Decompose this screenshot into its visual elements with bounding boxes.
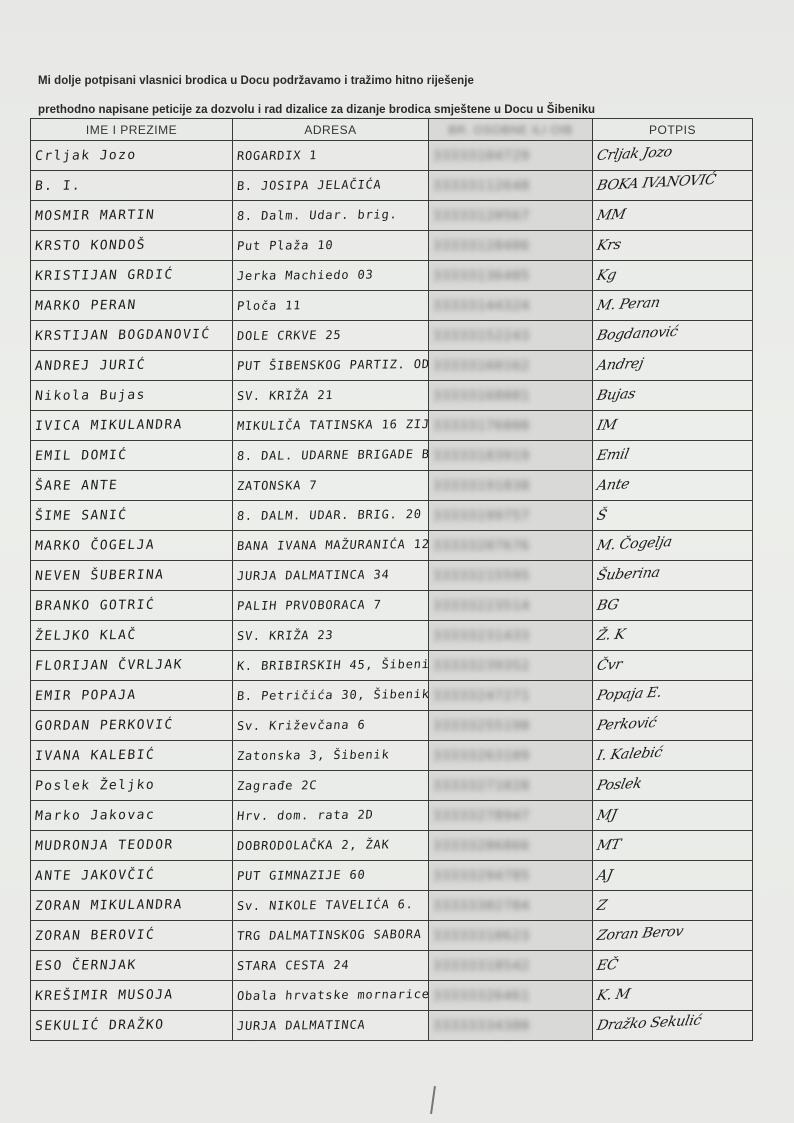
name-text: EMIR POPAJA — [34, 687, 137, 703]
name-cell: IVICA MIKULANDRA — [31, 411, 233, 441]
id-cell: 33333183919 — [429, 441, 593, 471]
name-text: ZORAN MIKULANDRA — [34, 897, 183, 914]
address-text: SV. KRIŽA 23 — [236, 627, 334, 642]
address-text: TRG DALMATINSKOG SABORA 9B KAPRIJE — [236, 926, 428, 943]
signature-cell: Š — [593, 501, 753, 531]
address-cell: B. JOSIPA JELAČIĆA — [233, 171, 429, 201]
table-row: ZORAN MIKULANDRASv. NIKOLE TAVELIĆA 6.33… — [31, 891, 753, 921]
id-text: 33333286866 — [433, 839, 530, 854]
table-row: KREŠIMIR MUSOJAObala hrvatske mornarice3… — [31, 981, 753, 1011]
name-text: IVICA MIKULANDRA — [34, 417, 183, 434]
name-cell: FLORIJAN ČVRLJAK — [31, 651, 233, 681]
address-text: JURJA DALMATINCA — [236, 1017, 366, 1032]
signature-cell: Zoran Berov — [593, 921, 753, 951]
signature-cell: Ž. K — [593, 621, 753, 651]
signature-cell: Poslek — [593, 771, 753, 801]
name-cell: Poslek Željko — [31, 771, 233, 801]
signature-cell: BG — [593, 591, 753, 621]
id-text: 33333263109 — [433, 749, 530, 764]
name-text: ANTE JAKOVČIĆ — [34, 867, 155, 883]
address-text: Jerka Machiedo 03 — [236, 267, 374, 282]
id-cell: 33333302704 — [429, 891, 593, 921]
signature-text: Š — [595, 507, 608, 523]
signature-text: IM — [595, 417, 618, 434]
id-cell: 33333271028 — [429, 771, 593, 801]
id-text: 33333112648 — [433, 179, 530, 194]
name-text: ŠARE ANTE — [34, 478, 119, 494]
address-text: STARA CESTA 24 — [236, 957, 350, 972]
id-cell: 33333239352 — [429, 651, 593, 681]
signature-text: MM — [595, 206, 627, 223]
signature-text: Ante — [595, 476, 630, 494]
signature-text: Čvr — [595, 656, 623, 673]
signature-cell: Perković — [593, 711, 753, 741]
address-text: Hrv. dom. rata 2D — [236, 807, 374, 822]
signature-cell: BOKA IVANOVIĆ — [593, 171, 753, 201]
name-text: EMIL DOMIĆ — [34, 448, 128, 464]
pen-stroke-mark — [430, 1086, 436, 1114]
address-text: Sv. NIKOLE TAVELIĆA 6. — [236, 897, 414, 913]
address-text: Zagrađe 2C — [236, 778, 318, 793]
table-row: EMIR POPAJAB. Petričića 30, Šibenik33333… — [31, 681, 753, 711]
signature-cell: Z — [593, 891, 753, 921]
name-text: IVANA KALEBIĆ — [34, 747, 155, 763]
id-cell: 33333263109 — [429, 741, 593, 771]
name-text: KRISTIJAN GRDIĆ — [34, 267, 174, 283]
signature-cell: MT — [593, 831, 753, 861]
id-text: 33333207676 — [433, 539, 530, 554]
id-cell: 33333112648 — [429, 171, 593, 201]
id-cell: 33333152243 — [429, 321, 593, 351]
signature-cell: Kg — [593, 261, 753, 291]
table-header-row: IME I PREZIME ADRESA BR. OSOBNE ILI OIB … — [31, 119, 753, 141]
name-text: SEKULIĆ DRAŽKO — [34, 1017, 165, 1033]
name-text: MOSMIR MARTIN — [34, 207, 155, 223]
table-row: ANDREJ JURIĆPUT ŠIBENSKOG PARTIZ. ODR. 1… — [31, 351, 753, 381]
header-id-number: BR. OSOBNE ILI OIB — [429, 119, 593, 141]
address-text: Put Plaža 10 — [236, 237, 334, 252]
id-cell: 33333334380 — [429, 1011, 593, 1041]
address-text: 8. Dalm. Udar. brig. — [236, 207, 398, 223]
address-cell: PUT ŠIBENSKOG PARTIZ. ODR. 14 — [233, 351, 429, 381]
name-cell: Marko Jakovac — [31, 801, 233, 831]
table-row: MARKO ČOGELJABANA IVANA MAŽURANIĆA 12633… — [31, 531, 753, 561]
name-text: Poslek Željko — [34, 777, 155, 793]
signature-text: Emil — [595, 446, 630, 464]
address-cell: ROGARDIX 1 — [233, 141, 429, 171]
address-cell: SV. KRIŽA 23 — [233, 621, 429, 651]
signature-cell: AJ — [593, 861, 753, 891]
signature-cell: K. M — [593, 981, 753, 1011]
name-text: BRANKO GOTRIĆ — [34, 597, 155, 613]
id-text: 33333239352 — [433, 659, 530, 674]
id-text: 33333176000 — [433, 419, 530, 434]
table-row: SEKULIĆ DRAŽKOJURJA DALMATINCA3333333438… — [31, 1011, 753, 1041]
name-cell: MARKO PERAN — [31, 291, 233, 321]
id-cell: 33333191838 — [429, 471, 593, 501]
header-signature: POTPIS — [593, 119, 753, 141]
name-text: MARKO PERAN — [34, 297, 137, 313]
id-text: 33333334380 — [433, 1019, 530, 1034]
table-row: BRANKO GOTRIĆPALIH PRVOBORACA 7333332235… — [31, 591, 753, 621]
table-row: MUDRONJA TEODORDOBRODOLAČKA 2, ŽAK333332… — [31, 831, 753, 861]
id-text: 33333302704 — [433, 899, 530, 914]
id-text: 33333168081 — [433, 389, 530, 404]
address-text: Obala hrvatske mornarice — [236, 986, 428, 1002]
signature-text: MJ — [595, 806, 618, 823]
name-cell: B. I. — [31, 171, 233, 201]
signature-cell: MM — [593, 201, 753, 231]
name-text: NEVEN ŠUBERINA — [34, 567, 165, 583]
signature-cell: Ante — [593, 471, 753, 501]
table-row: EMIL DOMIĆ8. DAL. UDARNE BRIGADE BR. 303… — [31, 441, 753, 471]
signature-cell: Bogdanović — [593, 321, 753, 351]
name-cell: MOSMIR MARTIN — [31, 201, 233, 231]
name-cell: KRSTO KONDOŠ — [31, 231, 233, 261]
address-text: 8. DAL. UDARNE BRIGADE BR. 30 — [236, 446, 428, 462]
intro-text-line-2: prethodno napisane peticije za dozvolu i… — [38, 104, 595, 116]
table-row: B. I.B. JOSIPA JELAČIĆA33333112648BOKA I… — [31, 171, 753, 201]
signature-text: EČ — [595, 956, 619, 973]
id-text: 33333326461 — [433, 989, 530, 1004]
signature-cell: M. Čogelja — [593, 531, 753, 561]
table-row: GORDAN PERKOVIĆSv. Križevčana 6333332551… — [31, 711, 753, 741]
signature-cell: Čvr — [593, 651, 753, 681]
table-row: ANTE JAKOVČIĆPUT GIMNAZIJE 6033333294785… — [31, 861, 753, 891]
name-cell: EMIL DOMIĆ — [31, 441, 233, 471]
signature-cell: EČ — [593, 951, 753, 981]
name-text: GORDAN PERKOVIĆ — [34, 717, 174, 733]
address-cell: STARA CESTA 24 — [233, 951, 429, 981]
table-row: ESO ČERNJAKSTARA CESTA 2433333318542EČ — [31, 951, 753, 981]
signature-cell: Popaja E. — [593, 681, 753, 711]
signature-text: Ž. K — [595, 626, 626, 643]
id-text: 33333271028 — [433, 779, 530, 794]
address-text: B. JOSIPA JELAČIĆA — [236, 177, 382, 193]
address-cell: TRG DALMATINSKOG SABORA 9B KAPRIJE — [233, 921, 429, 951]
signature-text: BOKA IVANOVIĆ — [595, 171, 717, 193]
name-cell: SEKULIĆ DRAŽKO — [31, 1011, 233, 1041]
id-text: 33333231433 — [433, 629, 530, 644]
address-cell: JURJA DALMATINCA 34 — [233, 561, 429, 591]
name-text: MUDRONJA TEODOR — [34, 837, 174, 853]
signature-text: MT — [595, 836, 621, 853]
address-cell: ZATONSKA 7 — [233, 471, 429, 501]
name-cell: IVANA KALEBIĆ — [31, 741, 233, 771]
header-address: ADRESA — [233, 119, 429, 141]
id-text: 33333120567 — [433, 209, 530, 224]
signature-cell: MJ — [593, 801, 753, 831]
address-text: Sv. Križevčana 6 — [236, 717, 366, 732]
signature-cell: Bujas — [593, 381, 753, 411]
name-text: Crljak Jozo — [34, 147, 137, 163]
address-text: ROGARDIX 1 — [236, 148, 318, 163]
name-cell: BRANKO GOTRIĆ — [31, 591, 233, 621]
address-text: PUT GIMNAZIJE 60 — [236, 867, 366, 882]
signature-cell: IM — [593, 411, 753, 441]
signature-text: M. Čogelja — [595, 534, 673, 554]
address-cell: B. Petričića 30, Šibenik — [233, 681, 429, 711]
name-text: KRSTO KONDOŠ — [34, 237, 146, 253]
header-name: IME I PREZIME — [31, 119, 233, 141]
name-cell: KRISTIJAN GRDIĆ — [31, 261, 233, 291]
signature-cell: Šuberina — [593, 561, 753, 591]
name-text: B. I. — [34, 178, 82, 193]
signature-cell: Krs — [593, 231, 753, 261]
name-text: KRSTIJAN BOGDANOVIĆ — [34, 327, 211, 344]
id-cell: 33333176000 — [429, 411, 593, 441]
signature-text: M. Peran — [595, 294, 661, 313]
id-cell: 33333278947 — [429, 801, 593, 831]
name-cell: ŠIME SANIĆ — [31, 501, 233, 531]
address-cell: Hrv. dom. rata 2D — [233, 801, 429, 831]
name-text: Nikola Bujas — [34, 387, 146, 403]
table-row: FLORIJAN ČVRLJAKK. BRIBIRSKIH 45, Šibeni… — [31, 651, 753, 681]
name-text: FLORIJAN ČVRLJAK — [34, 657, 183, 674]
address-cell: Obala hrvatske mornarice — [233, 981, 429, 1011]
id-cell: 33333168081 — [429, 381, 593, 411]
id-cell: 33333255190 — [429, 711, 593, 741]
id-text: 33333160162 — [433, 359, 530, 374]
address-text: MIKULIČA TATINSKA 16 ZIJAJE — [236, 416, 428, 432]
address-text: 8. DALM. UDAR. BRIG. 20 — [236, 507, 422, 523]
address-cell: SV. KRIŽA 21 — [233, 381, 429, 411]
id-text: 33333278947 — [433, 809, 530, 824]
address-text: PALIH PRVOBORACA 7 — [236, 597, 382, 613]
address-cell: DOBRODOLAČKA 2, ŽAK — [233, 831, 429, 861]
signature-text: Poslek — [595, 775, 643, 793]
id-cell: 33333326461 — [429, 981, 593, 1011]
table-row: MARKO PERANPloča 1133333144324M. Peran — [31, 291, 753, 321]
header-id-number-label: BR. OSOBNE ILI OIB — [448, 123, 572, 137]
table-row: MOSMIR MARTIN8. Dalm. Udar. brig.3333312… — [31, 201, 753, 231]
id-text: 33333310623 — [433, 929, 530, 944]
name-cell: ANDREJ JURIĆ — [31, 351, 233, 381]
id-cell: 33333215595 — [429, 561, 593, 591]
id-text: 33333294785 — [433, 869, 530, 884]
address-cell: PALIH PRVOBORACA 7 — [233, 591, 429, 621]
table-row: IVICA MIKULANDRAMIKULIČA TATINSKA 16 ZIJ… — [31, 411, 753, 441]
id-cell: 33333136405 — [429, 261, 593, 291]
name-cell: KRSTIJAN BOGDANOVIĆ — [31, 321, 233, 351]
name-cell: ESO ČERNJAK — [31, 951, 233, 981]
petition-table: IME I PREZIME ADRESA BR. OSOBNE ILI OIB … — [30, 118, 753, 1041]
signature-text: K. M — [595, 986, 631, 1004]
name-cell: ŠARE ANTE — [31, 471, 233, 501]
name-cell: Crljak Jozo — [31, 141, 233, 171]
id-text: 33333183919 — [433, 449, 530, 464]
name-cell: ŽELJKO KLAČ — [31, 621, 233, 651]
table-row: ŠIME SANIĆ8. DALM. UDAR. BRIG. 203333319… — [31, 501, 753, 531]
name-text: MARKO ČOGELJA — [34, 537, 155, 553]
id-cell: 33333294785 — [429, 861, 593, 891]
signature-text: Crljak Jozo — [595, 144, 673, 164]
address-text: PUT ŠIBENSKOG PARTIZ. ODR. 14 — [236, 356, 428, 372]
id-text: 33333136405 — [433, 269, 530, 284]
name-cell: NEVEN ŠUBERINA — [31, 561, 233, 591]
signature-cell: Andrej — [593, 351, 753, 381]
name-text: ZORAN BEROVIĆ — [34, 927, 155, 943]
name-text: ŽELJKO KLAČ — [34, 627, 137, 643]
id-cell: 33333286866 — [429, 831, 593, 861]
address-text: DOLE CRKVE 25 — [236, 327, 342, 342]
table-row: Nikola BujasSV. KRIŽA 2133333168081Bujas — [31, 381, 753, 411]
address-cell: Sv. Križevčana 6 — [233, 711, 429, 741]
id-text: 33333104729 — [433, 149, 530, 164]
id-text: 33333247271 — [433, 689, 530, 704]
signature-text: Zoran Berov — [595, 923, 684, 943]
table-row: Poslek ŽeljkoZagrađe 2C33333271028Poslek — [31, 771, 753, 801]
signature-text: Bujas — [595, 386, 636, 404]
signature-text: Andrej — [595, 355, 644, 373]
address-text: Zatonska 3, Šibenik — [236, 747, 390, 763]
intro-text-line-1: Mi dolje potpisani vlasnici brodica u Do… — [38, 75, 474, 87]
address-cell: K. BRIBIRSKIH 45, Šibenik — [233, 651, 429, 681]
id-cell: 33333247271 — [429, 681, 593, 711]
table-row: ZORAN BEROVIĆTRG DALMATINSKOG SABORA 9B … — [31, 921, 753, 951]
address-text: B. Petričića 30, Šibenik — [236, 686, 428, 702]
signature-cell: Crljak Jozo — [593, 141, 753, 171]
table-row: KRSTO KONDOŠPut Plaža 1033333128486Krs — [31, 231, 753, 261]
signature-text: Kg — [595, 267, 617, 284]
address-cell: Zagrađe 2C — [233, 771, 429, 801]
table-row: ŠARE ANTEZATONSKA 733333191838Ante — [31, 471, 753, 501]
signature-text: Popaja E. — [595, 684, 663, 703]
address-cell: 8. DALM. UDAR. BRIG. 20 — [233, 501, 429, 531]
address-cell: Put Plaža 10 — [233, 231, 429, 261]
name-cell: ANTE JAKOVČIĆ — [31, 861, 233, 891]
address-cell: Jerka Machiedo 03 — [233, 261, 429, 291]
id-text: 33333318542 — [433, 959, 530, 974]
signature-text: I. Kalebić — [595, 744, 663, 763]
signature-text: Z — [595, 897, 608, 913]
address-cell: BANA IVANA MAŽURANIĆA 126 — [233, 531, 429, 561]
id-cell: 33333120567 — [429, 201, 593, 231]
id-cell: 33333223514 — [429, 591, 593, 621]
name-cell: GORDAN PERKOVIĆ — [31, 711, 233, 741]
id-cell: 33333199757 — [429, 501, 593, 531]
name-text: Marko Jakovac — [34, 807, 155, 823]
address-text: ZATONSKA 7 — [236, 478, 318, 493]
id-text: 33333199757 — [433, 509, 530, 524]
address-text: JURJA DALMATINCA 34 — [236, 567, 390, 583]
table-row: Marko JakovacHrv. dom. rata 2D3333327894… — [31, 801, 753, 831]
address-cell: DOLE CRKVE 25 — [233, 321, 429, 351]
id-text: 33333152243 — [433, 329, 530, 344]
id-cell: 33333310623 — [429, 921, 593, 951]
id-text: 33333191838 — [433, 479, 530, 494]
signature-cell: Dražko Sekulić — [593, 1011, 753, 1041]
id-cell: 33333318542 — [429, 951, 593, 981]
name-text: KREŠIMIR MUSOJA — [34, 987, 174, 1003]
name-cell: EMIR POPAJA — [31, 681, 233, 711]
table-row: NEVEN ŠUBERINAJURJA DALMATINCA 343333321… — [31, 561, 753, 591]
address-text: SV. KRIŽA 21 — [236, 387, 334, 402]
address-text: Ploča 11 — [236, 298, 302, 313]
address-cell: Ploča 11 — [233, 291, 429, 321]
id-cell: 33333128486 — [429, 231, 593, 261]
signature-text: AJ — [595, 867, 613, 884]
id-text: 33333223514 — [433, 599, 530, 614]
table-row: KRSTIJAN BOGDANOVIĆDOLE CRKVE 2533333152… — [31, 321, 753, 351]
table-row: IVANA KALEBIĆZatonska 3, Šibenik33333263… — [31, 741, 753, 771]
id-cell: 33333160162 — [429, 351, 593, 381]
address-text: DOBRODOLAČKA 2, ŽAK — [236, 837, 390, 853]
address-text: BANA IVANA MAŽURANIĆA 126 — [236, 536, 428, 552]
address-cell: Sv. NIKOLE TAVELIĆA 6. — [233, 891, 429, 921]
id-cell: 33333231433 — [429, 621, 593, 651]
name-text: ESO ČERNJAK — [34, 957, 137, 973]
id-text: 33333255190 — [433, 719, 530, 734]
name-text: ŠIME SANIĆ — [34, 508, 128, 524]
address-cell: 8. Dalm. Udar. brig. — [233, 201, 429, 231]
signature-cell: I. Kalebić — [593, 741, 753, 771]
id-cell: 33333104729 — [429, 141, 593, 171]
id-text: 33333215595 — [433, 569, 530, 584]
table-row: Crljak JozoROGARDIX 133333104729Crljak J… — [31, 141, 753, 171]
address-text: K. BRIBIRSKIH 45, Šibenik — [236, 656, 428, 672]
signature-cell: Emil — [593, 441, 753, 471]
signature-text: BG — [595, 596, 620, 613]
address-cell: MIKULIČA TATINSKA 16 ZIJAJE — [233, 411, 429, 441]
id-text: 33333128486 — [433, 239, 530, 254]
name-cell: ZORAN BEROVIĆ — [31, 921, 233, 951]
id-cell: 33333207676 — [429, 531, 593, 561]
petition-rows: Crljak JozoROGARDIX 133333104729Crljak J… — [31, 141, 753, 1041]
signature-text: Šuberina — [595, 564, 661, 583]
name-cell: ZORAN MIKULANDRA — [31, 891, 233, 921]
table-row: KRISTIJAN GRDIĆJerka Machiedo 0333333136… — [31, 261, 753, 291]
signature-text: Perković — [595, 714, 657, 733]
address-cell: Zatonska 3, Šibenik — [233, 741, 429, 771]
signature-cell: M. Peran — [593, 291, 753, 321]
address-cell: PUT GIMNAZIJE 60 — [233, 861, 429, 891]
name-cell: Nikola Bujas — [31, 381, 233, 411]
id-cell: 33333144324 — [429, 291, 593, 321]
signature-text: Krs — [595, 236, 622, 253]
name-cell: MARKO ČOGELJA — [31, 531, 233, 561]
name-text: ANDREJ JURIĆ — [34, 357, 146, 373]
id-text: 33333144324 — [433, 299, 530, 314]
name-cell: KREŠIMIR MUSOJA — [31, 981, 233, 1011]
address-cell: JURJA DALMATINCA — [233, 1011, 429, 1041]
name-cell: MUDRONJA TEODOR — [31, 831, 233, 861]
address-cell: 8. DAL. UDARNE BRIGADE BR. 30 — [233, 441, 429, 471]
signature-text: Bogdanović — [595, 323, 679, 343]
signature-text: Dražko Sekulić — [595, 1012, 702, 1033]
table-row: ŽELJKO KLAČSV. KRIŽA 2333333231433Ž. K — [31, 621, 753, 651]
